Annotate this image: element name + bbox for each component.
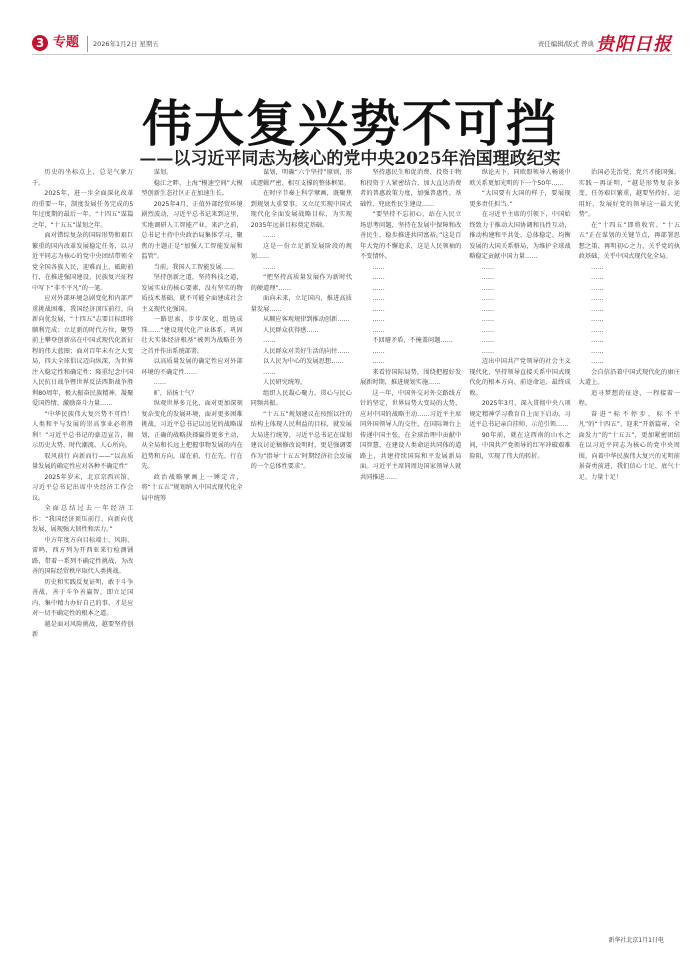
text-column: 历史的坐标点上，总是气象万千。2025年，进一步全面深化改革的重要一年，制度发展…	[32, 168, 133, 948]
paragraph: 面向未来，立足国内，推进高质量发展……	[251, 294, 352, 315]
paragraph: 迈出中国共产党领导的社会主义现代化，坚持领导直接关系中国式现代化的根本方向、前途…	[469, 357, 570, 399]
paragraph: ……	[251, 263, 352, 274]
paragraph: ……	[469, 326, 570, 337]
paragraph: ……	[579, 357, 680, 368]
article-signoff: 新华社北京1月1日电	[608, 935, 664, 944]
paragraph: ……	[360, 315, 461, 326]
paragraph: ……	[579, 284, 680, 295]
paragraph: 不回避矛盾，不掩盖问题……	[360, 336, 461, 347]
paragraph: ……	[251, 336, 352, 347]
paragraph: ……	[251, 231, 352, 242]
paragraph: 治国必先治党，党兴才能国强。实践一再证明，“越是形势复杂多变、任务艰巨繁重，越要…	[579, 168, 680, 221]
paragraph: “要坚持不忘初心，站在人民立场思考问题，坚持在发展中保障和改善民生，稳步推进共同…	[360, 210, 461, 263]
paragraph: 组织人民凝心聚力，贯心与民心同频共振。	[251, 389, 352, 410]
paragraph: 这是一份立足新发展阶段的规划……	[251, 242, 352, 263]
paragraph: 中方年度方向目标端士、风雨、雷鸣，西方列为开西亚来行检测铺路，带着一系列不确定性…	[32, 536, 133, 578]
paragraph: ……	[360, 284, 461, 295]
paragraph: ……	[360, 305, 461, 316]
paragraph: 2025年4月，正值外部经贸环境剧烈波动，习近平总书记来到这里，实地调研人工智能…	[141, 200, 242, 263]
paragraph: ……	[469, 294, 570, 305]
paragraph: 应对外部环境急剧变化和内部严重挑战困难，我国经济顶压前行、向新向优发展，“十四五…	[32, 294, 133, 410]
paragraph: ……	[141, 378, 242, 389]
paragraph: ……	[579, 315, 680, 326]
paragraph: ……	[579, 294, 680, 305]
paragraph: ……	[469, 336, 570, 347]
article-subheadline: ——以习近平同志为核心的党中央2025年治国理政纪实	[0, 144, 700, 169]
paragraph: 面对错综复杂的国际形势和艰巨繁重的国内改革发展稳定任务，以习近平同志为核心的党中…	[32, 231, 133, 294]
paragraph: 2025年岁末，北京京西宾馆，习近平总书记出席中央经济工作会议。	[32, 473, 133, 505]
paragraph: ……	[579, 263, 680, 274]
section-title: 专题	[53, 35, 79, 51]
paragraph: 历史和实践反复证明，敢于斗争善战，善于斗争善赢智，即立足国内、集中精力办好自己的…	[32, 578, 133, 620]
paragraph: ……	[360, 347, 461, 358]
paragraph: 在时序节奏上科学擘画，既聚焦到规划大重要事，又立足实现中国式现代化全面发展战略目…	[251, 189, 352, 231]
paragraph: ……	[360, 273, 461, 284]
paragraph: ……	[469, 305, 570, 316]
article-body: 历史的坐标点上，总是气象万千。2025年，进一步全面深化改革的重要一年，制度发展…	[32, 168, 680, 948]
paragraph: 旷，昂扬士气？	[141, 389, 242, 400]
text-column: 纵论天下，同欧盟领导人畅谈中欧关系更加光明的下一个50年……“大国要有大国的样子…	[469, 168, 570, 948]
paragraph: ……	[579, 305, 680, 316]
paragraph: 全面总结过去一年经济工作：“我国经济顶压前行、向新向优发展，展现强大韧性和活力。…	[32, 504, 133, 536]
paragraph: 90年前，就在这西南的山水之间，中国共产党领导的红军冲破艰难险阻，实现了伟大的转…	[469, 431, 570, 463]
paragraph: “中华民族伟大复兴势不可挡！人类和平与发展的崇高事业必将胜利！”习近平总书记的豪…	[32, 410, 133, 452]
page-header: 3 专题 2026年1月2日 星期五 责任编辑/版式 曾典 贵阳日报	[32, 36, 672, 55]
paragraph: ……	[579, 336, 680, 347]
paragraph: 纵观世界多元化，面对更加深刻复杂变化的发展环境，面对更多困难挑战，习近平总书记以…	[141, 399, 242, 473]
paragraph: 坚持创新之道，坚持科技之道，发展实业的核心要素，没有坚实的物质技术基础，就不可能…	[141, 273, 242, 315]
paragraph: 奋进“标不停步，标不平凡”的“十四五”，迎来“开新篇章，全面发力”的“十五五”，…	[579, 410, 680, 484]
paragraph: 在习近平主席的引领下，中国始终致力于推动大国协调和良性互动，推动构建和平共处、总…	[469, 210, 570, 263]
paragraph: 在“十四五”即将收官、“十五五”正在谋划的关键节点，再部署思想之策、再明初心之力…	[579, 221, 680, 263]
paragraph: ……	[469, 347, 570, 358]
editor-credit: 责任编辑/版式 曾典	[538, 39, 594, 48]
paragraph: 会自信沿着中国式现代化的康庄大道上。	[579, 368, 680, 389]
paragraph: 以人民为中心的发展思想……	[251, 357, 352, 368]
paragraph: 稳江之畔，上海“模速空间”大模型创新生态社区正在加速生长。	[141, 179, 242, 200]
paragraph: 纵论天下，同欧盟领导人畅谈中欧关系更加光明的下一个50年……	[469, 168, 570, 189]
paragraph: 政治战略擘画上一锤定音，将“十五五”规划纳入中国式现代化全局中统筹	[141, 473, 242, 505]
paragraph: 谋划。	[141, 168, 242, 179]
paragraph: “十五五”规划建议在按照以往的结构上体现人民利益的目标，就发展大局进行统筹，习近…	[251, 410, 352, 473]
paragraph: ……	[360, 357, 461, 368]
text-column: 坚持惠民生和促消费、投资于物和投资于人紧密结合，加大直达消费者的普惠政策力度，加…	[360, 168, 461, 948]
paragraph: ……	[579, 347, 680, 358]
paragraph: 2025年3月，深入贯彻中央八项规定精神学习教育自上而下启动，习近平总书记亲自挂…	[469, 399, 570, 431]
paragraph: ……	[360, 326, 461, 337]
page-number-badge: 3	[32, 35, 48, 51]
paragraph: “把坚持高质量发展作为新时代的硬道理”……	[251, 273, 352, 294]
paragraph: 人民群众对美好生活的向往……	[251, 347, 352, 358]
text-column: 治国必先治党，党兴才能国强。实践一再证明，“越是形势复杂多变、任务艰巨繁重，越要…	[579, 168, 680, 948]
paragraph: 一路思索，步步深化、组链成珠……“建设现代化产业体系，巩固壮大实体经济根基”被列…	[141, 315, 242, 357]
paragraph: ……	[360, 263, 461, 274]
paragraph: 人民群众获得感……	[251, 326, 352, 337]
paragraph: “大国要有大国的样子，要展现更多责任担当。”	[469, 189, 570, 210]
paragraph: 坚持惠民生和促消费、投资于物和投资于人紧密结合，加大直达消费者的普惠政策力度，加…	[360, 168, 461, 210]
issue-date: 2026年1月2日 星期五	[93, 39, 159, 48]
paragraph: 历史的坐标点上，总是气象万千。	[32, 168, 133, 189]
paragraph: 驭风前行 向新而行——“以高质量发展的确定性应对各种不确定性”	[32, 452, 133, 473]
paragraph: 以高质量发展的确定性应对外部环境的不确定性……	[141, 357, 242, 378]
paragraph: ……	[251, 368, 352, 379]
paragraph: 2025年，进一步全面深化改革的重要一年，制度发展任务完成的5年过度期的最后一年…	[32, 189, 133, 231]
paragraph: 当前，我国人工智能发展……	[141, 263, 242, 274]
paragraph: 来看待国际局势，围绕把握好发展新时期，推进规划实施……	[360, 368, 461, 389]
text-column: 谋划。稳江之畔，上海“模速空间”大模型创新生态社区正在加速生长。2025年4月，…	[141, 168, 242, 948]
paragraph: 追寻梦想的征途，一程接着一程。	[579, 389, 680, 410]
paragraph: ……	[469, 273, 570, 284]
paragraph: 谋划，明确“六个坚持”原则，形成逻辑严密、相互支撑的整体框架。	[251, 168, 352, 189]
paragraph: ……	[579, 326, 680, 337]
header-divider	[87, 36, 88, 52]
paragraph: 这一年，中国外交对外交路线方针的坚定，世界局势大变局的大势，应对中国的战略主动……	[360, 389, 461, 484]
paragraph: ……	[469, 315, 570, 326]
paragraph: ……	[469, 284, 570, 295]
paragraph: 人民研究统筹。	[251, 378, 352, 389]
paragraph: 越是面对风险挑战，越要坚持创新	[32, 620, 133, 641]
paragraph: ……	[360, 294, 461, 305]
text-column: 谋划，明确“六个坚持”原则，形成逻辑严密、相互支撑的整体框架。在时序节奏上科学擘…	[251, 168, 352, 948]
paragraph: ……	[469, 263, 570, 274]
newspaper-logo: 贵阳日报	[596, 30, 672, 56]
paragraph: ……	[579, 273, 680, 284]
paragraph: 从顺应客观规律到推动创新……	[251, 315, 352, 326]
